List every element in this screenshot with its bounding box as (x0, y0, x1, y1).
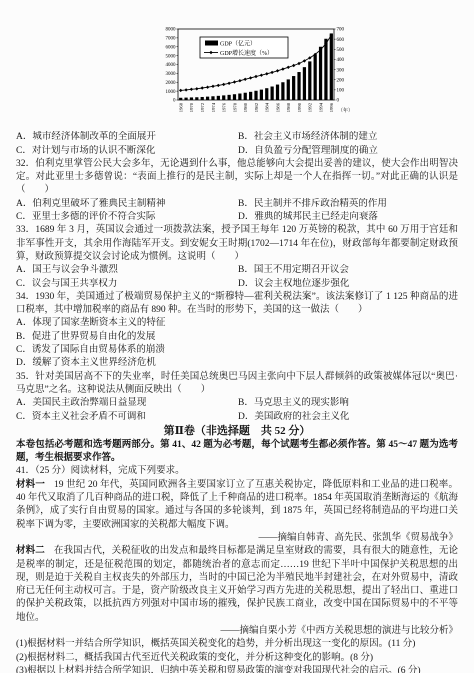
q35-options-row-ab: A．美国民主政治弊端日益显现 B．马克思主义的现实影响 (16, 397, 458, 410)
q41-subquestion-2: (2)根据材料二，概括我国古代至近代关税政策的变化，并分析这种变化的影响。(8 … (16, 652, 458, 665)
svg-text:1990: 1990 (297, 102, 302, 112)
svg-text:1982: 1982 (254, 102, 259, 112)
q33-options-row-cd: C．议会与国王共享权力 D．议会主权地位逐步强化 (16, 278, 458, 291)
svg-text:0: 0 (173, 99, 176, 104)
q33-option-d: D．议会主权地位逐步强化 (238, 278, 458, 291)
q31-options-row-ab: A．城市经济体制改革的全面展开 B．社会主义市场经济体制的建立 (16, 131, 458, 144)
q33-option-b: B．国王不用定期召开议会 (238, 264, 458, 277)
svg-text:1976: 1976 (222, 102, 227, 112)
q31-option-c: C．对计划与市场的认识不断深化 (16, 145, 238, 158)
svg-text:1000: 1000 (166, 90, 177, 95)
q32-stem: 32．伯利克里掌管公民大会多年，无论遇到什么事，他总能够向大会提出妥善的建议，使… (16, 158, 458, 198)
q31-options-row-cd: C．对计划与市场的认识不断深化 D．自负盈亏分配管理制度的确立 (16, 145, 458, 158)
svg-text:1970: 1970 (189, 102, 194, 112)
svg-text:1992: 1992 (308, 102, 313, 112)
gdp-combo-chart: 0100020003000400050006000700080000100200… (148, 24, 362, 129)
q33-option-c: C．议会与国王共享权力 (16, 278, 238, 291)
material-1-source: ——摘编自韩青、高先民、张凯华《贸易战争》 (16, 532, 458, 545)
q32-option-c: C．亚里士多德的评价不符合实际 (16, 211, 238, 224)
svg-text:400: 400 (337, 58, 345, 63)
q32-options-row-cd: C．亚里士多德的评价不符合实际 D．雅典的城邦民主已经走向衰落 (16, 211, 458, 224)
svg-text:3000: 3000 (166, 72, 177, 77)
q41-material-2: 材料二在我国古代，关税征收的出发点和最终目标都是满足皇室财政的需要，具有很大的随… (16, 545, 458, 625)
q34-option-d: D．缓解了资本主义世界经济危机 (16, 357, 458, 370)
q35-option-c: C．资本主义社会矛盾不可调和 (16, 411, 238, 424)
svg-text:（年）: （年） (338, 107, 353, 114)
q32-option-d: D．雅典的城邦民主已经走向衰落 (238, 211, 458, 224)
q35-option-d: D．美国政府的社会主义化 (238, 411, 458, 424)
svg-text:1988: 1988 (286, 102, 291, 112)
svg-text:1980: 1980 (243, 102, 248, 112)
svg-text:2000: 2000 (166, 81, 177, 86)
q35-options-row-cd: C．资本主义社会矛盾不可调和 D．美国政府的社会主义化 (16, 411, 458, 424)
material-2-label: 材料二 (16, 546, 45, 556)
svg-text:1996: 1996 (329, 102, 334, 112)
svg-text:600: 600 (337, 38, 345, 43)
material-2-source: ——摘编自栗小芳《中西方关税思想的演进与比较分析》 (16, 625, 458, 638)
svg-text:1974: 1974 (211, 102, 216, 112)
svg-text:500: 500 (337, 48, 345, 53)
q32-option-b: B．民主制并不排斥政治精英的作用 (238, 198, 458, 211)
svg-text:6000: 6000 (166, 45, 177, 50)
q31-option-a: A．城市经济体制改革的全面展开 (16, 131, 238, 144)
q33-option-a: A．国王与议会争斗激烈 (16, 264, 238, 277)
q35-option-a: A．美国民主政治弊端日益显现 (16, 397, 238, 410)
svg-text:300: 300 (337, 68, 345, 73)
q34-stem: 34．1930 年，美国通过了极端贸易保护主义的“斯穆特—霍利关税法案”。该法案… (16, 291, 458, 318)
material-2-text: 在我国古代，关税征收的出发点和最终目标都是满足皇室财政的需要，具有很大的随意性，… (16, 546, 458, 622)
q33-options-row-ab: A．国王与议会争斗激烈 B．国王不用定期召开议会 (16, 264, 458, 277)
svg-text:4000: 4000 (166, 63, 177, 68)
q35-stem: 35．针对美国居高不下的失业率，时任美国总统奥巴马因主张向中下层人群倾斜的政策被… (16, 371, 458, 398)
q32-options-row-ab: A．伯利克里破坏了雅典民主制精神 B．民主制并不排斥政治精英的作用 (16, 198, 458, 211)
svg-text:GDP（亿元）: GDP（亿元） (220, 40, 256, 48)
svg-text:GDP增长速度（%）: GDP增长速度（%） (220, 49, 273, 57)
section2-title: 第Ⅱ卷（非选择题 共 52 分） (16, 424, 458, 439)
svg-text:1984: 1984 (265, 102, 270, 112)
svg-text:1972: 1972 (200, 102, 205, 112)
q41-intro: 41．（25 分）阅读材料，完成下列要求。 (16, 465, 458, 478)
q34-option-b: B．促进了世界贸易自由化的发展 (16, 331, 458, 344)
q41-material-1: 材料一19 世纪 20 年代，英国同欧洲各主要国家订立了互惠关税协定，降低原料和… (16, 479, 458, 532)
q31-option-b: B．社会主义市场经济体制的建立 (238, 131, 458, 144)
q31-option-d: D．自负盈亏分配管理制度的确立 (238, 145, 458, 158)
svg-text:0: 0 (337, 99, 340, 104)
svg-text:1978: 1978 (232, 102, 237, 112)
q34-option-a: A．体现了国家垄断资本主义的特征 (16, 317, 458, 330)
q32-option-a: A．伯利克里破坏了雅典民主制精神 (16, 198, 238, 211)
section2-instructions: 本卷包括必考题和选考题两部分。第 41、42 题为必考题，每个试题考生都必须作答… (16, 439, 458, 466)
svg-text:1994: 1994 (318, 102, 323, 112)
svg-text:700: 700 (337, 28, 345, 33)
q41-subquestion-3: (3)根据以上材料并结合所学知识，归纳中英关税和贸易政策的演变对我国现代社会的启… (16, 665, 458, 673)
svg-text:5000: 5000 (166, 54, 177, 59)
q41-subquestion-1: (1)根据材料一并结合所学知识，概括英国关税变化的趋势，并分析出现这一变化的原因… (16, 638, 458, 651)
svg-text:7000: 7000 (166, 37, 177, 42)
svg-text:200: 200 (337, 78, 345, 83)
svg-text:100: 100 (337, 89, 345, 94)
exam-paper-page: 0100020003000400050006000700080000100200… (0, 24, 474, 673)
q35-option-b: B．马克思主义的现实影响 (238, 397, 458, 410)
svg-text:1968: 1968 (179, 102, 184, 112)
svg-text:1986: 1986 (275, 102, 280, 112)
material-1-label: 材料一 (16, 480, 45, 490)
svg-text:8000: 8000 (166, 28, 177, 33)
q34-option-c: C．诱发了国际自由贸易体系的崩溃 (16, 344, 458, 357)
q33-stem: 33．1689 年 3 月，英国议会通过一项拨款法案，授予国王每年 120 万英… (16, 224, 458, 264)
gdp-chart-svg: 0100020003000400050006000700080000100200… (148, 24, 362, 124)
material-1-text: 19 世纪 20 年代，英国同欧洲各主要国家订立了互惠关税协定，降低原料和工业品… (16, 480, 458, 530)
